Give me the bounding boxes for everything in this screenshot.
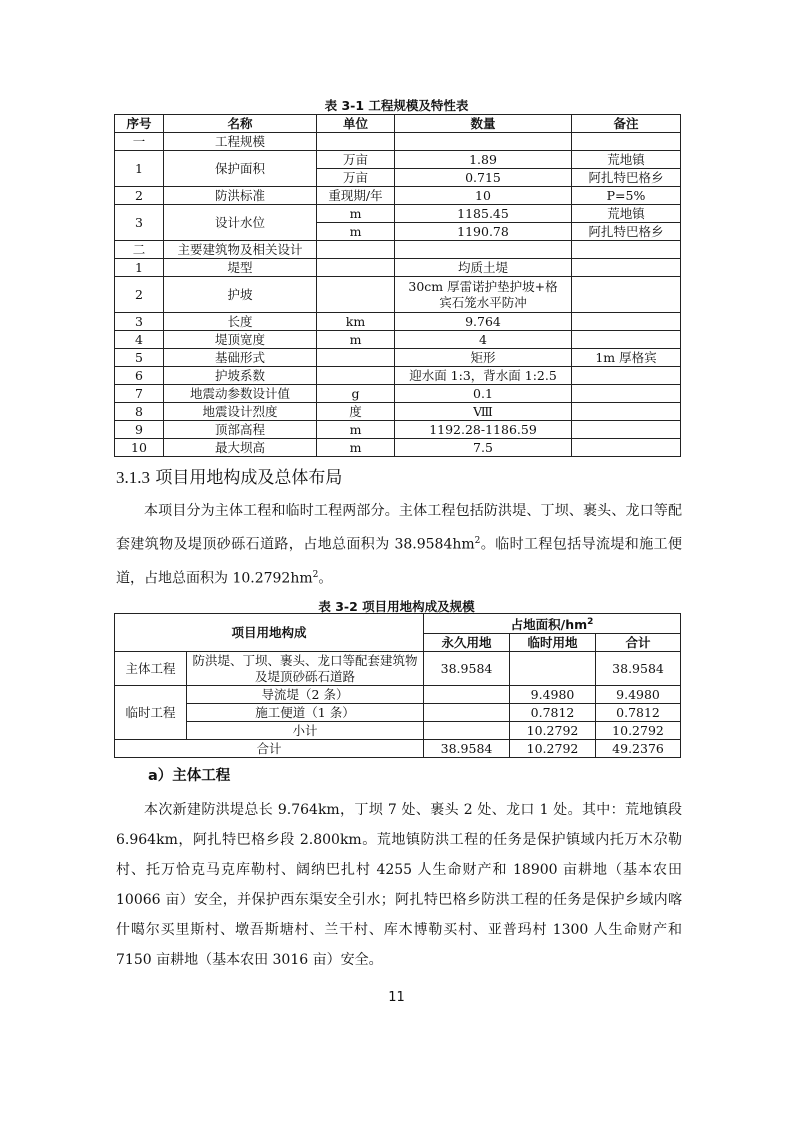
cell: 49.2376 <box>596 740 681 758</box>
cell: 1m 厚格宾 <box>572 349 681 367</box>
page-number: 11 <box>0 990 793 1005</box>
cell <box>317 367 395 385</box>
cell: 设计水位 <box>164 205 317 241</box>
cell: 防洪标准 <box>164 187 317 205</box>
table-row: 9 顶部高程 m 1192.28-1186.59 <box>115 421 681 439</box>
table-row: 施工便道（1 条） 0.7812 0.7812 <box>115 704 681 722</box>
cell <box>572 241 681 259</box>
cell: 均质土堤 <box>395 259 572 277</box>
cell: 1.89 <box>395 151 572 169</box>
cell: 二 <box>115 241 164 259</box>
table-row: 3 设计水位 m 1185.45 荒地镇 <box>115 205 681 223</box>
cell: 10 <box>115 439 164 457</box>
cell <box>572 367 681 385</box>
cell <box>424 704 510 722</box>
section-number: 3.1.3 <box>116 468 150 487</box>
table-row: 8 地震设计烈度 度 Ⅷ <box>115 403 681 421</box>
table1-caption: 表 3-1 工程规模及特性表 <box>0 96 793 114</box>
cell: 最大坝高 <box>164 439 317 457</box>
cell: 38.9584 <box>596 652 681 686</box>
cell <box>317 241 395 259</box>
cell: 导流堤（2 条） <box>187 686 424 704</box>
subsection-title: a）主体工程 <box>148 764 230 785</box>
cell: 荒地镇 <box>572 205 681 223</box>
table-row: 2 护坡 30cm 厚雷诺护垫护坡+格宾石笼水平防冲 <box>115 277 681 313</box>
cell <box>572 439 681 457</box>
section-heading: 3.1.3 项目用地构成及总体布局 <box>116 463 342 488</box>
header-composition: 项目用地构成 <box>115 614 424 652</box>
cell: 荒地镇 <box>572 151 681 169</box>
cell: 9.764 <box>395 313 572 331</box>
cell: P=5% <box>572 187 681 205</box>
cell: 9 <box>115 421 164 439</box>
cell: 万亩 <box>317 151 395 169</box>
cell: 防洪堤、丁坝、裹头、龙口等配套建筑物及堤顶砂砾石道路 <box>187 652 424 686</box>
cell: 1 <box>115 151 164 187</box>
table-row: 一 工程规模 <box>115 133 681 151</box>
cell: 5 <box>115 349 164 367</box>
table-row: 临时工程 导流堤（2 条） 9.4980 9.4980 <box>115 686 681 704</box>
cell: 0.7812 <box>510 704 596 722</box>
section-paragraph: 本项目分为主体工程和临时工程两部分。主体工程包括防洪堤、丁坝、裹头、龙口等配套建… <box>116 496 682 593</box>
cell: 阿扎特巴格乡 <box>572 169 681 187</box>
cell: km <box>317 313 395 331</box>
cell: 10.2792 <box>596 722 681 740</box>
cell: 6 <box>115 367 164 385</box>
cell: 4 <box>115 331 164 349</box>
cell <box>572 133 681 151</box>
project-scale-table: 序号 名称 单位 数量 备注 一 工程规模 1 保护面积 万亩 1.89 荒地镇… <box>114 114 681 457</box>
cell <box>572 259 681 277</box>
cell: 10 <box>395 187 572 205</box>
header-note: 备注 <box>572 115 681 133</box>
land-use-table: 项目用地构成 占地面积/hm2 永久用地 临时用地 合计 主体工程 防洪堤、丁坝… <box>114 613 681 758</box>
subsection-paragraph: 本次新建防洪堤总长 9.764km，丁坝 7 处、裹头 2 处、龙口 1 处。其… <box>116 795 682 975</box>
table-header-row: 项目用地构成 占地面积/hm2 <box>115 614 681 634</box>
cell: 护坡系数 <box>164 367 317 385</box>
header-unit: 单位 <box>317 115 395 133</box>
cell: m <box>317 439 395 457</box>
document-page: 表 3-1 工程规模及特性表 序号 名称 单位 数量 备注 一 工程规模 1 保… <box>0 0 793 1122</box>
table-row: 合计 38.9584 10.2792 49.2376 <box>115 740 681 758</box>
cell: 度 <box>317 403 395 421</box>
cell: 0.1 <box>395 385 572 403</box>
cell: 地震动参数设计值 <box>164 385 317 403</box>
header-area: 占地面积/hm2 <box>424 614 681 634</box>
cell <box>572 277 681 313</box>
cell: 临时工程 <box>115 686 187 740</box>
cell: 1185.45 <box>395 205 572 223</box>
cell: 阿扎特巴格乡 <box>572 223 681 241</box>
table-row: 2 防洪标准 重现期/年 10 P=5% <box>115 187 681 205</box>
header-no: 序号 <box>115 115 164 133</box>
cell-line: 30cm 厚雷诺护垫护坡+格 <box>408 279 557 294</box>
table-row: 二 主要建筑物及相关设计 <box>115 241 681 259</box>
table-row: 10 最大坝高 m 7.5 <box>115 439 681 457</box>
cell <box>424 722 510 740</box>
cell: 合计 <box>115 740 424 758</box>
table-row: 6 护坡系数 迎水面 1:3，背水面 1:2.5 <box>115 367 681 385</box>
cell: 10.2792 <box>510 740 596 758</box>
superscript: 2 <box>587 617 593 627</box>
header-temporary: 临时用地 <box>510 634 596 652</box>
cell: 一 <box>115 133 164 151</box>
cell: 主体工程 <box>115 652 187 686</box>
cell: 地震设计烈度 <box>164 403 317 421</box>
cell <box>317 349 395 367</box>
cell <box>572 331 681 349</box>
cell <box>395 241 572 259</box>
table-header-row: 序号 名称 单位 数量 备注 <box>115 115 681 133</box>
header-name: 名称 <box>164 115 317 133</box>
cell: 7.5 <box>395 439 572 457</box>
table-row: 1 堤型 均质土堤 <box>115 259 681 277</box>
cell: 0.715 <box>395 169 572 187</box>
cell: m <box>317 223 395 241</box>
cell: g <box>317 385 395 403</box>
cell: 迎水面 1:3，背水面 1:2.5 <box>395 367 572 385</box>
cell: 堤顶宽度 <box>164 331 317 349</box>
text: 占地面积/hm <box>511 617 588 632</box>
cell: 长度 <box>164 313 317 331</box>
cell: 基础形式 <box>164 349 317 367</box>
cell <box>317 277 395 313</box>
cell: 2 <box>115 187 164 205</box>
cell: 矩形 <box>395 349 572 367</box>
cell: 顶部高程 <box>164 421 317 439</box>
cell: 万亩 <box>317 169 395 187</box>
cell: 8 <box>115 403 164 421</box>
cell: 1190.78 <box>395 223 572 241</box>
cell: 2 <box>115 277 164 313</box>
table-row: 主体工程 防洪堤、丁坝、裹头、龙口等配套建筑物及堤顶砂砾石道路 38.9584 … <box>115 652 681 686</box>
cell <box>572 421 681 439</box>
cell: 7 <box>115 385 164 403</box>
cell <box>572 403 681 421</box>
cell <box>317 259 395 277</box>
cell <box>572 313 681 331</box>
cell: 主要建筑物及相关设计 <box>164 241 317 259</box>
cell: m <box>317 331 395 349</box>
cell: m <box>317 421 395 439</box>
cell: 重现期/年 <box>317 187 395 205</box>
header-qty: 数量 <box>395 115 572 133</box>
section-title: 项目用地构成及总体布局 <box>155 468 342 488</box>
cell: 堤型 <box>164 259 317 277</box>
cell: 护坡 <box>164 277 317 313</box>
cell <box>317 133 395 151</box>
cell: Ⅷ <box>395 403 572 421</box>
cell: 9.4980 <box>596 686 681 704</box>
cell <box>395 133 572 151</box>
cell: 小计 <box>187 722 424 740</box>
cell: 4 <box>395 331 572 349</box>
cell <box>510 652 596 686</box>
table-row: 4 堤顶宽度 m 4 <box>115 331 681 349</box>
cell <box>424 686 510 704</box>
header-total: 合计 <box>596 634 681 652</box>
cell: 38.9584 <box>424 652 510 686</box>
cell-line: 宾石笼水平防冲 <box>439 295 527 310</box>
cell <box>572 385 681 403</box>
cell: 施工便道（1 条） <box>187 704 424 722</box>
cell: 9.4980 <box>510 686 596 704</box>
table-row: 5 基础形式 矩形 1m 厚格宾 <box>115 349 681 367</box>
cell: 1 <box>115 259 164 277</box>
table-row: 7 地震动参数设计值 g 0.1 <box>115 385 681 403</box>
cell: 30cm 厚雷诺护垫护坡+格宾石笼水平防冲 <box>395 277 572 313</box>
cell: 38.9584 <box>424 740 510 758</box>
header-permanent: 永久用地 <box>424 634 510 652</box>
cell: 10.2792 <box>510 722 596 740</box>
cell: 保护面积 <box>164 151 317 187</box>
table-row: 1 保护面积 万亩 1.89 荒地镇 <box>115 151 681 169</box>
cell: 3 <box>115 205 164 241</box>
cell: m <box>317 205 395 223</box>
cell: 3 <box>115 313 164 331</box>
cell: 1192.28-1186.59 <box>395 421 572 439</box>
table-row: 3 长度 km 9.764 <box>115 313 681 331</box>
table-row: 小计 10.2792 10.2792 <box>115 722 681 740</box>
cell: 0.7812 <box>596 704 681 722</box>
cell: 工程规模 <box>164 133 317 151</box>
text: 。 <box>318 570 332 586</box>
